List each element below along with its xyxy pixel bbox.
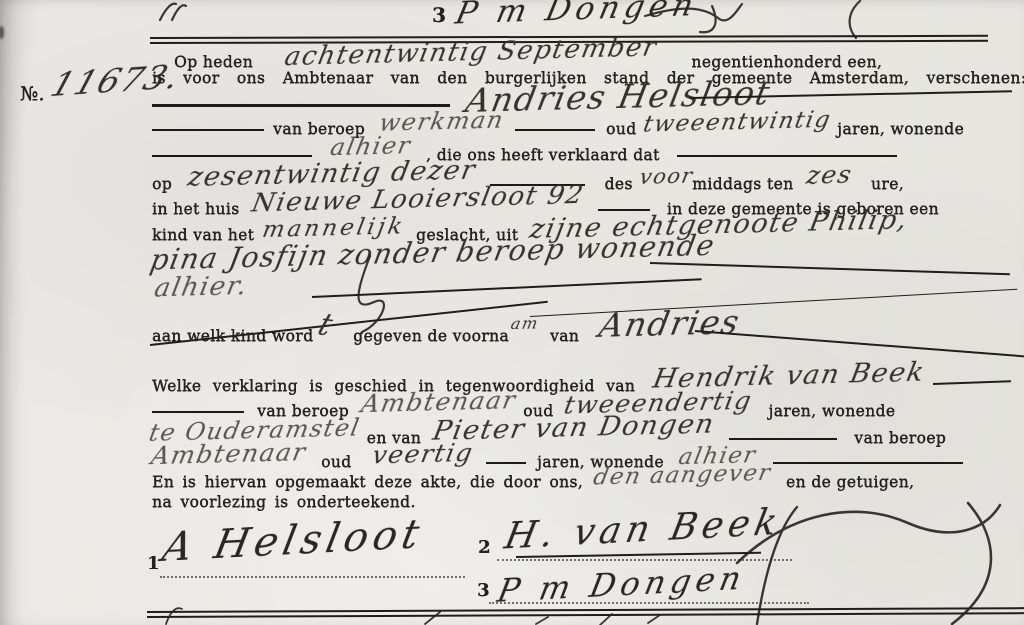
hw-insert-t: t — [314, 310, 338, 342]
line-child-name: aan welk kind word t gegeven de voorna a… — [152, 313, 740, 347]
blank-rule — [729, 438, 837, 440]
strike-rule — [530, 289, 1017, 318]
label-jaren-wonende: jaren, wonende — [837, 120, 964, 138]
blank-rule — [152, 411, 244, 413]
registrar-flourish — [952, 503, 991, 624]
signature-witness2: P m Dongen — [495, 561, 749, 606]
next-record-stub — [648, 615, 660, 623]
signature-dotted-line — [489, 602, 809, 604]
label-voornaam-1: aan welk kind word — [152, 327, 313, 345]
hw-mother-residence: alhier. — [152, 273, 250, 301]
label-closing-1: En is hiervan opgemaakt deze akte, die d… — [152, 473, 583, 491]
hw-birth-address: Nieuwe Looiersloot 92 — [249, 182, 586, 217]
hw-den-aangever: den aangever — [592, 462, 774, 490]
label-closing-3: na voorlezing is onderteekend. — [152, 493, 416, 511]
prev-witness-number: 3 — [432, 3, 446, 27]
blank-rule — [773, 462, 963, 464]
label-ure: ure, — [871, 175, 904, 193]
label-oud: oud — [606, 120, 636, 138]
hw-witness1-occupation: Ambtenaar — [359, 387, 518, 416]
prev-signature-flourish — [700, 6, 716, 32]
birth-certificate-scan: 3 P m Dongen №. 11673. Op heden achtentw… — [0, 0, 1024, 625]
hw-birth-hour: zes — [804, 161, 854, 187]
hw-daypart: voor — [638, 165, 695, 187]
line-mother-residence: alhier. — [155, 274, 248, 300]
hw-birth-date: achtentwintig September — [283, 34, 660, 70]
label-voornaam-2: gegeven de voorna — [353, 327, 509, 345]
line-declarant-occupation: van beroep werkman oud tweeentwintig jar… — [152, 114, 964, 139]
blank-rule — [486, 462, 526, 464]
next-record-stub — [536, 617, 548, 624]
line-closing-2: na voorlezing is onderteekend. — [152, 492, 416, 511]
bottom-rule-2 — [147, 612, 1024, 618]
hw-witness2-occupation: Ambtenaar — [149, 439, 308, 468]
blank-rule — [152, 104, 450, 107]
signature-dotted-line — [160, 576, 465, 578]
line-closing-1: En is hiervan opgemaakt deze akte, die d… — [152, 469, 914, 492]
line-witness-intro: Welke verklaring is geschied in tegenwoo… — [152, 369, 924, 396]
label-huis: in het huis — [152, 200, 239, 218]
signature-number-2: 2 — [478, 537, 491, 558]
blank-rule — [152, 129, 264, 131]
blank-rule — [677, 155, 897, 157]
signature-witness1: H. van Beek — [502, 505, 785, 556]
blank-rule — [152, 155, 312, 157]
label-middags-ten: middags ten — [692, 175, 793, 193]
ink-speck — [0, 26, 4, 39]
signature-number-3: 3 — [477, 580, 490, 601]
blank-rule — [515, 129, 595, 131]
prev-witness-signature: P m Dongen — [453, 0, 701, 29]
blank-rule — [933, 380, 1011, 384]
label-des: des — [604, 175, 632, 193]
strike-rule — [695, 330, 1024, 357]
label-w1-jaren: jaren, wonende — [768, 402, 895, 420]
stray-stroke — [172, 5, 186, 20]
hw-witness2-age: veertig — [370, 440, 475, 468]
signature-declarant: A Helsloot — [159, 514, 427, 568]
strike-rule — [312, 278, 702, 298]
line-mother-name: pina Josfijn zonder beroep wonende — [152, 243, 713, 271]
hw-declarant-age: tweeentwintig — [641, 109, 833, 137]
hw-declarant-residence: alhier — [329, 133, 414, 159]
prev-paraph-stroke — [850, 1, 860, 38]
hw-superscript-am: am — [510, 316, 541, 333]
label-closing-2: en de getuigen, — [786, 473, 914, 491]
label-voornaam-3: van — [550, 327, 579, 345]
number-label: №. — [20, 83, 45, 105]
label-op: op — [152, 175, 172, 193]
stray-stroke — [160, 4, 176, 20]
label-w2-beroep: van beroep — [854, 429, 946, 447]
